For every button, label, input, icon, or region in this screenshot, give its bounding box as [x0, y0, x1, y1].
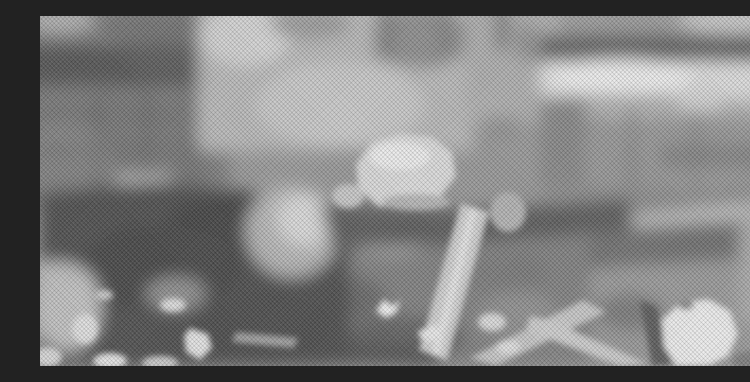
film-grain-overlay [40, 16, 750, 366]
halftone-photo [40, 16, 750, 366]
photo-canvas [40, 16, 750, 366]
